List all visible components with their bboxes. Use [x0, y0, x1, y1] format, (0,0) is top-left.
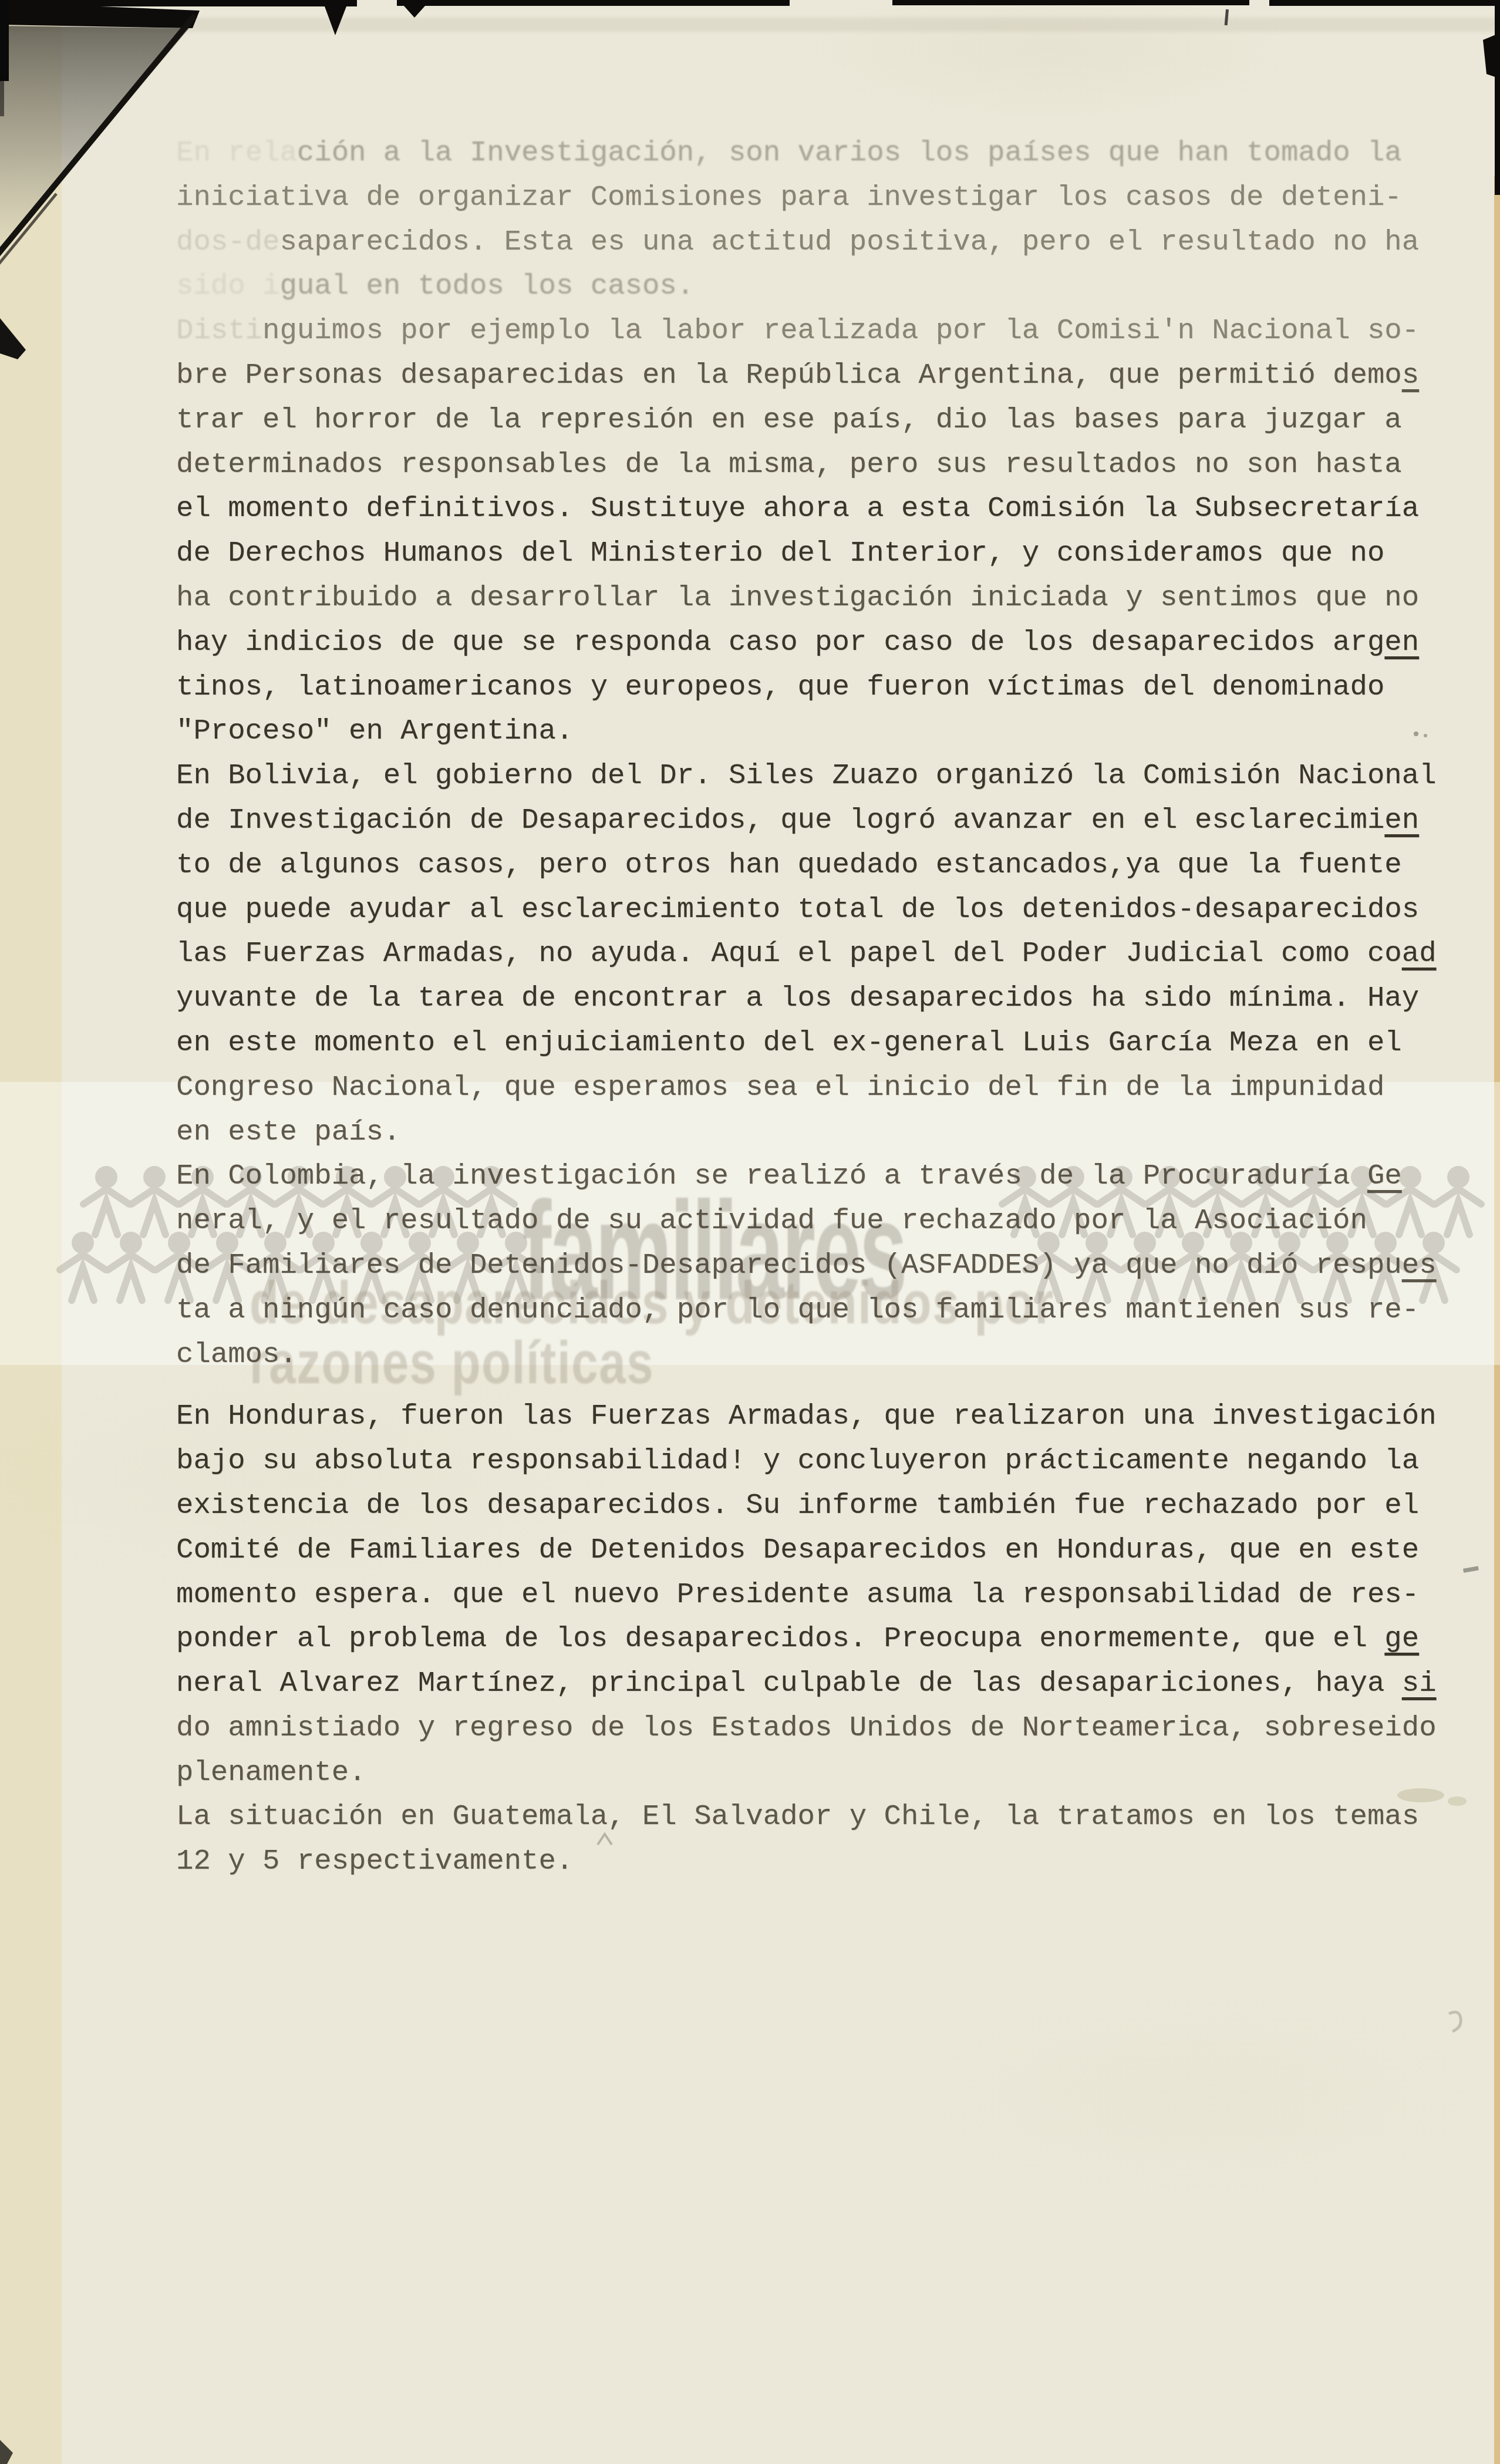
- text-line: momento espera. que el nuevo Presidente …: [176, 1578, 1437, 1623]
- text-line: Distinguimos por ejemplo la labor realiz…: [176, 314, 1437, 359]
- text-line: hay indicios de que se responda caso por…: [176, 626, 1437, 670]
- text-line: clamos.: [176, 1338, 1437, 1383]
- text-line: Congreso Nacional, que esperamos sea el …: [176, 1071, 1437, 1115]
- text-line: determinados responsables de la misma, p…: [176, 448, 1437, 493]
- text-line: sido igual en todos los casos.: [176, 269, 1437, 314]
- text-line: En Colombia, la investigación se realizó…: [176, 1159, 1437, 1204]
- top-left-corner-wedge: [0, 0, 200, 265]
- bottom-left-speck: [0, 2440, 13, 2464]
- tick-mark: [1225, 9, 1229, 25]
- text-line: En relación a la Investigación, son vari…: [176, 136, 1437, 181]
- text-line: neral, y el resultado de su actividad fu…: [176, 1204, 1437, 1249]
- top-notch-triangle: [325, 6, 346, 35]
- text-line: La situación en Guatemala, El Salvador y…: [176, 1800, 1437, 1845]
- text-line: ha contribuido a desarrollar la investig…: [176, 581, 1437, 626]
- stray-dash: [1463, 1566, 1479, 1572]
- text-line: do amnistiado y regreso de los Estados U…: [176, 1711, 1437, 1756]
- text-line: que puede ayudar al esclarecimiento tota…: [176, 893, 1437, 938]
- text-line: to de algunos casos, pero otros han qued…: [176, 848, 1437, 893]
- text-line: de Investigación de Desaparecidos, que l…: [176, 804, 1437, 848]
- text-line: existencia de los desaparecidos. Su info…: [176, 1489, 1437, 1533]
- text-line: plenamente.: [176, 1756, 1437, 1801]
- text-line: Comité de Familiares de Detenidos Desapa…: [176, 1533, 1437, 1578]
- text-line: 12 y 5 respectivamente.: [176, 1845, 1437, 1889]
- stray-curve: [1449, 2012, 1461, 2031]
- right-edge-marks: [1483, 0, 1500, 195]
- text-line: iniciativa de organizar Comisiones para …: [176, 181, 1437, 225]
- text-line: en este país.: [176, 1115, 1437, 1160]
- top-edge-line: [0, 0, 1500, 35]
- typewritten-text-block: En relación a la Investigación, son vari…: [176, 136, 1437, 1889]
- scanned-document-page: familiares de desaparecidos y detenidos …: [0, 0, 1500, 2464]
- text-line: de Familiares de Detenidos-Desaparecidos…: [176, 1249, 1437, 1293]
- text-line: neral Alvarez Martínez, principal culpab…: [176, 1667, 1437, 1711]
- text-line: el momento definitivos. Sustituye ahora …: [176, 492, 1437, 537]
- text-line: trar el horror de la represión en ese pa…: [176, 403, 1437, 448]
- text-line: en este momento el enjuiciamiento del ex…: [176, 1026, 1437, 1071]
- text-line: tinos, latinoamericanos y europeos, que …: [176, 670, 1437, 715]
- text-line: "Proceso" en Argentina.: [176, 714, 1437, 759]
- text-line: bre Personas desaparecidas en la Repúbli…: [176, 359, 1437, 403]
- text-line: ta a ningún caso denunciado, por lo que …: [176, 1293, 1437, 1338]
- text-line: dos-desaparecidos. Esta es una actitud p…: [176, 225, 1437, 270]
- text-line: ponder al problema de los desaparecidos.…: [176, 1622, 1437, 1667]
- text-line: yuvante de la tarea de encontrar a los d…: [176, 982, 1437, 1026]
- text-line: las Fuerzas Armadas, no ayuda. Aquí el p…: [176, 937, 1437, 982]
- left-edge-tint: [0, 0, 62, 2464]
- text-line: bajo su absoluta responsabilidad! y conc…: [176, 1444, 1437, 1489]
- scanner-streak: [0, 18, 1500, 32]
- left-edge-mark: [0, 318, 26, 359]
- text-line: de Derechos Humanos del Ministerio del I…: [176, 537, 1437, 581]
- right-edge-tint: [1494, 176, 1500, 2464]
- text-line: En Honduras, fueron las Fuerzas Armadas,…: [176, 1400, 1437, 1444]
- text-line: En Bolivia, el gobierno del Dr. Siles Zu…: [176, 759, 1437, 804]
